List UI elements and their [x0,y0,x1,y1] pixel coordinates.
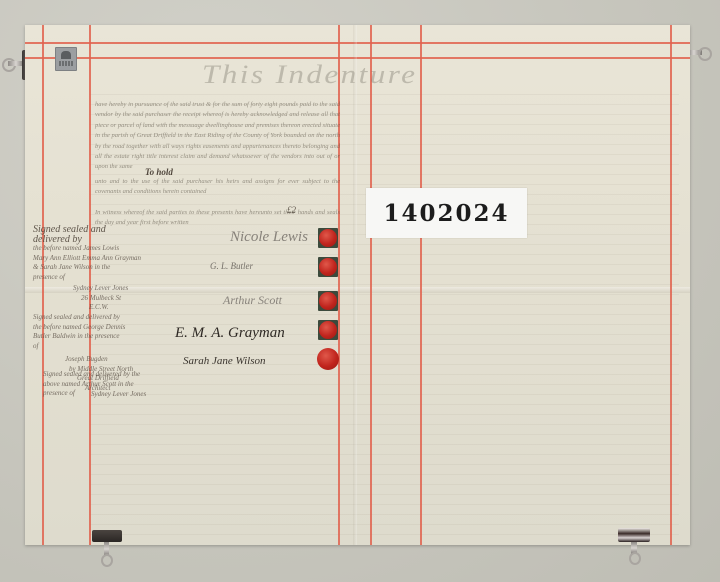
clip-jaw [92,530,122,542]
signature-2: G. L. Butler [210,261,253,271]
signature-1: Nicole Lewis [230,229,308,246]
attestation-heading: Signed sealed and delivered by [33,313,143,323]
revenue-stamp-icon [55,47,77,71]
witness-name: Sydney Lever Jones [91,390,163,400]
right-margin-rule [670,25,672,545]
attestation-line: the before named James Lowis [33,244,143,254]
wax-seal-3 [318,291,338,311]
attestation-line: presence of [33,273,143,283]
catalog-number: 1402024 [383,200,509,227]
wax-seal-4 [318,320,338,340]
habendum-text: unto and to the use of the said purchase… [95,177,340,198]
attestation-block-1: Signed sealed and delivered by the befor… [33,225,143,313]
witness-address: E.C.W. [89,303,143,313]
document-title: This Indenture [202,60,417,90]
attestation-line: & Sarah Jane Wilson in the [33,263,143,273]
indenture-document: This Indenture have hereby in pursuance … [25,25,690,545]
second-page-margin-rule [370,25,372,545]
witness-name: Sydney Lever Jones [73,284,143,294]
attestation-line: above named Arthur Scott in the [43,380,163,390]
catalog-number-label: 1402024 [366,188,527,238]
attestation-heading: Signed sealed and delivered by [33,225,143,244]
top-rule-2 [25,57,690,59]
clip-jaw [618,528,650,542]
witness-address: 26 Mulbeck St [81,294,143,304]
attestation-line: the before named George Dennis [33,323,143,333]
signature-3: Arthur Scott [223,293,282,308]
wax-seal-5 [317,348,339,370]
clip-handle [629,552,641,565]
attestation-line: Butler Baldwin in the presence [33,332,143,342]
attestation-line: Mary Ann Elliott Emma Ann Grayman [33,254,143,264]
clip-handle [698,47,712,61]
deed-body-text: have hereby in pursuance of the said tru… [95,100,340,173]
wax-seal-2 [318,257,338,277]
habendum-heading: To hold [145,167,173,177]
clip-handle [101,554,113,567]
top-rule-1 [25,42,690,44]
wax-seal-1 [318,228,338,248]
attestation-block-3: Signed sealed and delivered by the above… [43,370,163,399]
second-page-text-rule [420,25,422,545]
binder-clip-bottom-right [618,528,652,568]
witness-name: Joseph Bugden [65,355,143,365]
attestation-line: of [33,342,143,352]
attestation-heading: Signed sealed and delivered by the [43,370,163,380]
signature-4: E. M. A. Grayman [175,325,285,342]
binder-clip-bottom-left [92,530,126,570]
signature-5: Sarah Jane Wilson [183,355,266,367]
